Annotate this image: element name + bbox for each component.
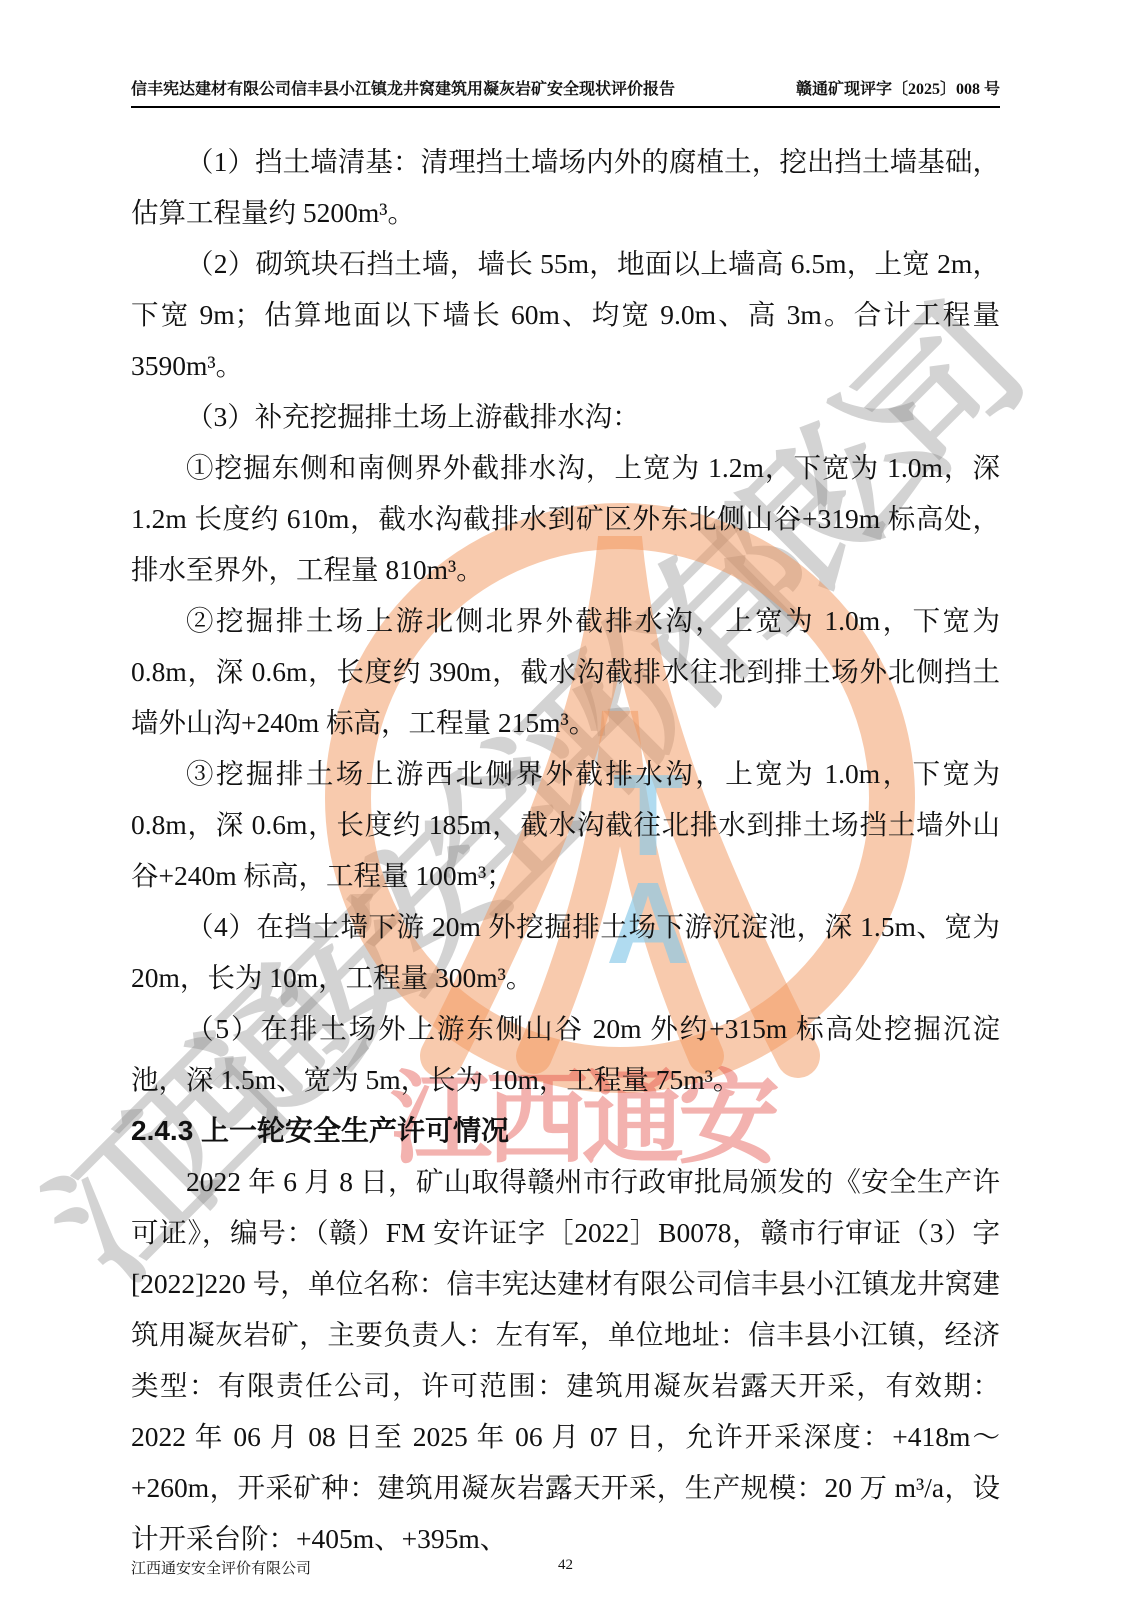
page-footer: 江西通安安全评价有限公司 42 <box>131 1557 1000 1578</box>
header-report-title: 信丰宪达建材有限公司信丰县小江镇龙井窝建筑用凝灰岩矿安全现状评价报告 <box>131 76 675 99</box>
body-text: （1）挡土墙清基：清理挡土墙场内外的腐植土，挖出挡土墙基础，估算工程量约 520… <box>131 108 1000 1564</box>
page-header: 信丰宪达建材有限公司信丰县小江镇龙井窝建筑用凝灰岩矿安全现状评价报告 赣通矿现评… <box>131 76 1000 108</box>
paragraph: ①挖掘东侧和南侧界外截排水沟，上宽为 1.2m，下宽为 1.0m，深 1.2m … <box>131 442 1000 595</box>
paragraph: （4）在挡土墙下游 20m 外挖掘排土场下游沉淀池，深 1.5m、宽为 20m，… <box>131 901 1000 1003</box>
footer-page-number: 42 <box>131 1557 1000 1574</box>
document-content: 信丰宪达建材有限公司信丰县小江镇龙井窝建筑用凝灰岩矿安全现状评价报告 赣通矿现评… <box>0 76 1131 1564</box>
section-heading: 2.4.3 上一轮安全生产许可情况 <box>131 1105 1000 1156</box>
paragraph: ③挖掘排土场上游西北侧界外截排水沟，上宽为 1.0m，下宽为 0.8m，深 0.… <box>131 748 1000 901</box>
paragraph: （3）补充挖掘排土场上游截排水沟： <box>131 391 1000 442</box>
paragraph: ②挖掘排土场上游北侧北界外截排水沟，上宽为 1.0m，下宽为 0.8m，深 0.… <box>131 595 1000 748</box>
header-document-number: 赣通矿现评字〔2025〕008 号 <box>796 76 1000 99</box>
paragraph: （5）在排土场外上游东侧山谷 20m 外约+315m 标高处挖掘沉淀池，深 1.… <box>131 1003 1000 1105</box>
paragraph: （2）砌筑块石挡土墙，墙长 55m，地面以上墙高 6.5m，上宽 2m，下宽 9… <box>131 238 1000 391</box>
paragraph: （1）挡土墙清基：清理挡土墙场内外的腐植土，挖出挡土墙基础，估算工程量约 520… <box>131 136 1000 238</box>
report-page: 江西通安安全评价有限公司 T A 江西通安 信丰宪达建材有限公司信丰县小江镇龙井… <box>0 0 1131 1600</box>
license-paragraph: 2022 年 6 月 8 日，矿山取得赣州市行政审批局颁发的《安全生产许可证》，… <box>131 1156 1000 1564</box>
